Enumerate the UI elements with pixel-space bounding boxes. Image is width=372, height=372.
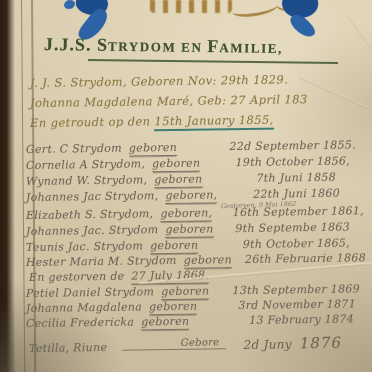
birth-date: 26th Februarie 1868 [245, 251, 366, 266]
child-name: Wynand W. Strydom, [26, 173, 148, 188]
geboren-word: geboren [161, 284, 209, 300]
birth-year: 1876 [300, 334, 342, 353]
geboren-word: geboren [150, 239, 198, 255]
marriage-record-line: En getroudt op den 15th January 1855, [30, 113, 274, 130]
geboren-word: geboren [129, 141, 177, 157]
birth-date: 13 February 1874 [249, 312, 354, 326]
marriage-text: En getroudt op den [30, 114, 155, 130]
child-name: Tetilla, Riune [29, 341, 107, 355]
death-text: En gestorven de [29, 270, 125, 284]
child-name: Johannes Jac Strydom, [26, 189, 159, 204]
birth-date: 16th September 1861, [233, 204, 364, 219]
paper-crease [299, 76, 372, 115]
father-record-line: J. J. S. Strydom, Geboren Nov: 29th 1829… [30, 72, 288, 90]
geboren-word: geboren [165, 222, 213, 238]
masthead-swash-fragment [231, 0, 278, 19]
child-name: Johanna Magdalena [26, 300, 142, 315]
family-register-page: J.J.S. STRYDOM EN FAMILIE, J. J. S. Stry… [0, 0, 372, 372]
geboren-word: Gebore [181, 337, 220, 349]
geboren-word: geboren [154, 173, 202, 189]
geboren-word: geboren [152, 157, 200, 173]
title-segment: EN [176, 40, 207, 55]
birth-date: 19th October 1856, [235, 154, 350, 169]
blank-underline: Gebore [122, 336, 225, 350]
child-name: Johannes Jac. Strydom [26, 223, 159, 238]
birth-date: 9th Septembe 1863 [235, 220, 350, 235]
child-name: Elizabeth S. Strydom, [26, 207, 154, 222]
death-date-underlined: 27 July 1868. [131, 268, 209, 284]
geboren-word: geboren, [165, 188, 217, 204]
birth-date: 7th Juni 1858 [256, 171, 336, 185]
title-segment: F [207, 36, 219, 56]
child-record-row-last: Tetilla, Riune Gebore 2d Juny 1876 [29, 334, 342, 356]
marriage-date-underlined: 15th January 1855, [154, 113, 273, 132]
birth-date: 13th September 1869 [232, 282, 360, 297]
family-title: J.J.S. STRYDOM EN FAMILIE, [44, 34, 364, 59]
geboren-word: geboren [149, 300, 197, 316]
birth-date: 22th Juni 1860 [253, 187, 340, 201]
margin-ruled-line-1 [21, 0, 25, 372]
child-name: Cecilia Fredericka [26, 315, 134, 330]
birth-date: 22d September 1855. [229, 138, 356, 153]
ribbon-leaf-icon [63, 0, 76, 10]
child-name: Cornelia A Strydom, [26, 157, 145, 172]
title-underline [88, 59, 338, 64]
birth-date: 2d Juny [243, 337, 291, 352]
birth-date: 3rd November 1871 [238, 297, 356, 312]
book-gutter-fade [0, 300, 15, 372]
title-segment: AMILIE, [219, 40, 283, 56]
mother-record-line: Johanna Magdalena Maré, Geb: 27 April 18… [30, 92, 308, 110]
child-name: Gert. C Strydom [26, 142, 122, 156]
title-segment: TRYDOM [108, 39, 177, 55]
geboren-word: geboren, [160, 206, 212, 222]
birth-date: 9th October 1865, [243, 236, 350, 250]
child-name: Teunis Jac. Strydom [26, 239, 143, 254]
geboren-word: geboren [141, 315, 189, 331]
masthead-calligraphy-fragment [150, 0, 232, 13]
title-segment: J.J.S. S [44, 34, 108, 55]
geboren-word: geboren [184, 253, 232, 269]
child-name: Petiel Daniel Strydom [26, 285, 154, 300]
child-name: Hester Maria M. Strydom [26, 254, 177, 269]
